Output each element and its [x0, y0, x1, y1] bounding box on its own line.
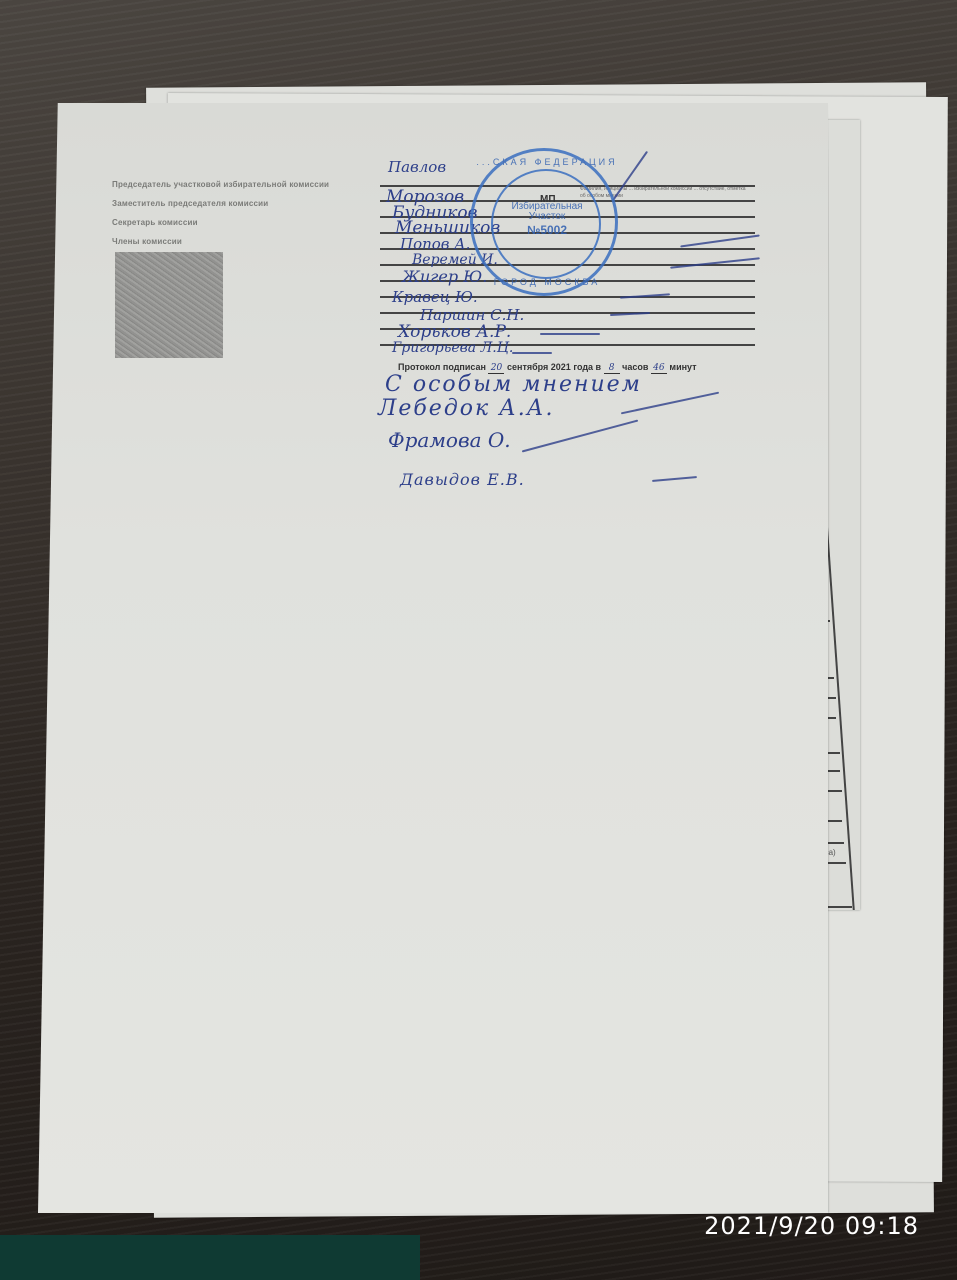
role-chair: Председатель участковой избирательной ко… [112, 180, 329, 189]
green-cloth [0, 1235, 420, 1280]
role-members: Члены комиссии [112, 237, 329, 246]
signer-name: Попов А. [400, 235, 470, 253]
dissent-note: С особым мнением [385, 372, 642, 397]
signer-name: Григорьева Л.Ц. [392, 340, 513, 356]
qr-code [115, 252, 223, 358]
signature-stroke [540, 333, 600, 335]
dissent-signer: Давыдов Е.В. [400, 470, 525, 489]
dissent-signer: Лебедок А.А. [378, 396, 554, 421]
signer-name: Хорьков А.Р. [398, 322, 511, 342]
role-secretary: Секретарь комиссии [112, 218, 329, 227]
signer-name: Павлов [388, 158, 446, 176]
signed-minutes: 46 [651, 363, 667, 374]
photo-timestamp: 2021/9/20 09:18 [704, 1212, 919, 1240]
signature-stroke [512, 352, 552, 354]
commission-roles: Председатель участковой избирательной ко… [112, 180, 329, 256]
mp-label: МП [540, 194, 556, 205]
signer-name: Кравец Ю. [392, 288, 478, 306]
dissent-signer: Фрамова О. [388, 428, 511, 452]
role-deputy: Заместитель председателя комиссии [112, 199, 329, 208]
official-stamp: ...СКАЯ ФЕДЕРАЦИЯ Избирательная Участок … [470, 148, 618, 296]
